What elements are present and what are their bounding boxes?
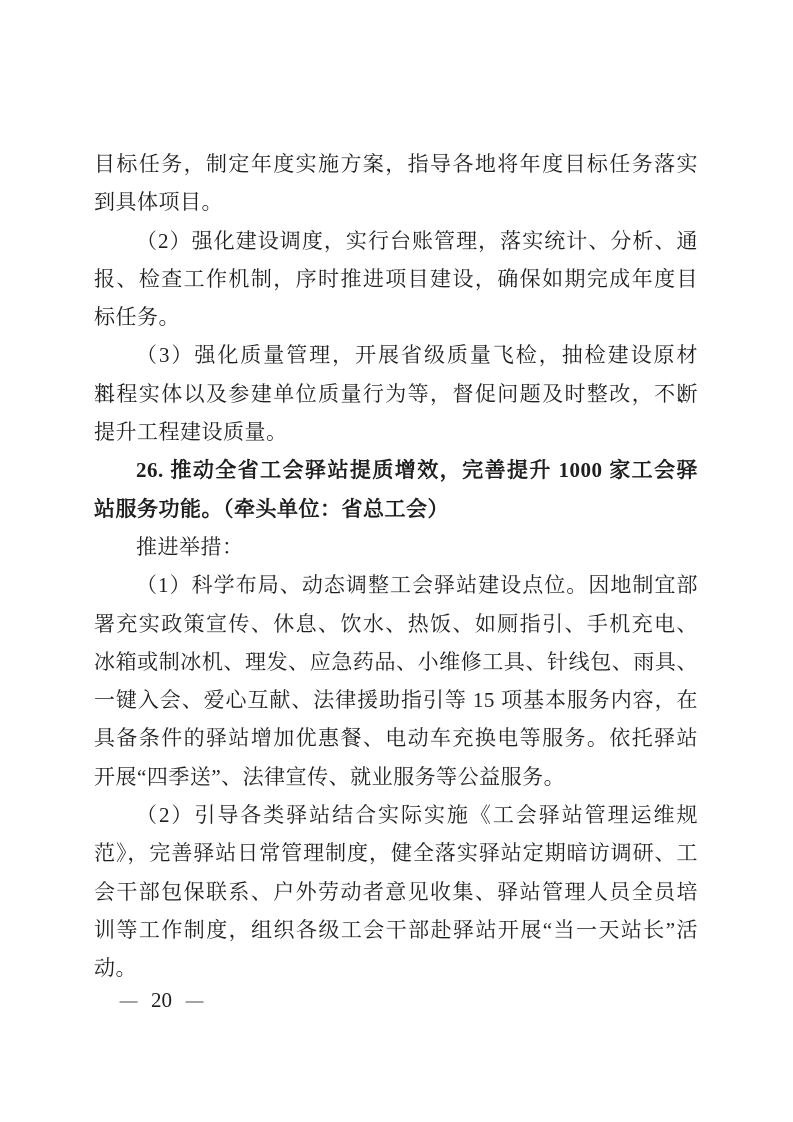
document-page: 目标任务，制定年度实施方案，指导各地将年度目标任务落实 到具体项目。 （2）强化… bbox=[0, 0, 793, 1122]
footer-right-dash: — bbox=[186, 988, 204, 1013]
text-line: 开展“四季送”、法律宣传、就业服务等公益服务。 bbox=[94, 758, 698, 796]
text-line: 冰箱或制冰机、理发、应急药品、小维修工具、针线包、雨具、 bbox=[94, 643, 698, 681]
document-body: 目标任务，制定年度实施方案，指导各地将年度目标任务落实 到具体项目。 （2）强化… bbox=[94, 145, 698, 988]
text-line: 目标任务，制定年度实施方案，指导各地将年度目标任务落实 bbox=[94, 145, 698, 183]
text-line: 提升工程建设质量。 bbox=[94, 413, 698, 451]
text-line: （1）科学布局、动态调整工会驿站建设点位。因地制宜部 bbox=[94, 566, 698, 604]
text-line: 标任务。 bbox=[94, 298, 698, 336]
text-line: （2）引导各类驿站结合实际实施《工会驿站管理运维规 bbox=[94, 796, 698, 834]
text-line: 报、检查工作机制，序时推进项目建设，确保如期完成年度目 bbox=[94, 260, 698, 298]
text-line: 一键入会、爱心互献、法律援助指引等 15 项基本服务内容，在 bbox=[94, 681, 698, 719]
text-line: （2）强化建设调度，实行台账管理，落实统计、分析、通 bbox=[94, 222, 698, 260]
footer-left-dash: — bbox=[120, 988, 138, 1013]
text-line: 工程实体以及参建单位质量行为等，督促问题及时整改，不断 bbox=[94, 375, 698, 413]
text-line: 范》，完善驿站日常管理制度，健全落实驿站定期暗访调研、工 bbox=[94, 834, 698, 872]
text-line: 到具体项目。 bbox=[94, 183, 698, 221]
page-footer: — 20 — bbox=[118, 988, 205, 1013]
page-number: 20 bbox=[151, 988, 172, 1013]
text-line: 推进举措： bbox=[94, 528, 698, 566]
text-line-item-26-cont: 站服务功能。（牵头单位：省总工会） bbox=[94, 490, 698, 528]
text-line: 具备条件的驿站增加优惠餐、电动车充换电等服务。依托驿站 bbox=[94, 719, 698, 757]
text-line: 会干部包保联系、户外劳动者意见收集、驿站管理人员全员培 bbox=[94, 873, 698, 911]
text-line: 署充实政策宣传、休息、饮水、热饭、如厕指引、手机充电、 bbox=[94, 605, 698, 643]
text-line-item-26: 26. 推动全省工会驿站提质增效，完善提升 1000 家工会驿 bbox=[94, 451, 698, 489]
text-line: （3）强化质量管理，开展省级质量飞检，抽检建设原材料、 bbox=[94, 336, 698, 374]
text-line: 训等工作制度，组织各级工会干部赴驿站开展“当一天站长”活 bbox=[94, 911, 698, 949]
text-line: 动。 bbox=[94, 949, 698, 987]
